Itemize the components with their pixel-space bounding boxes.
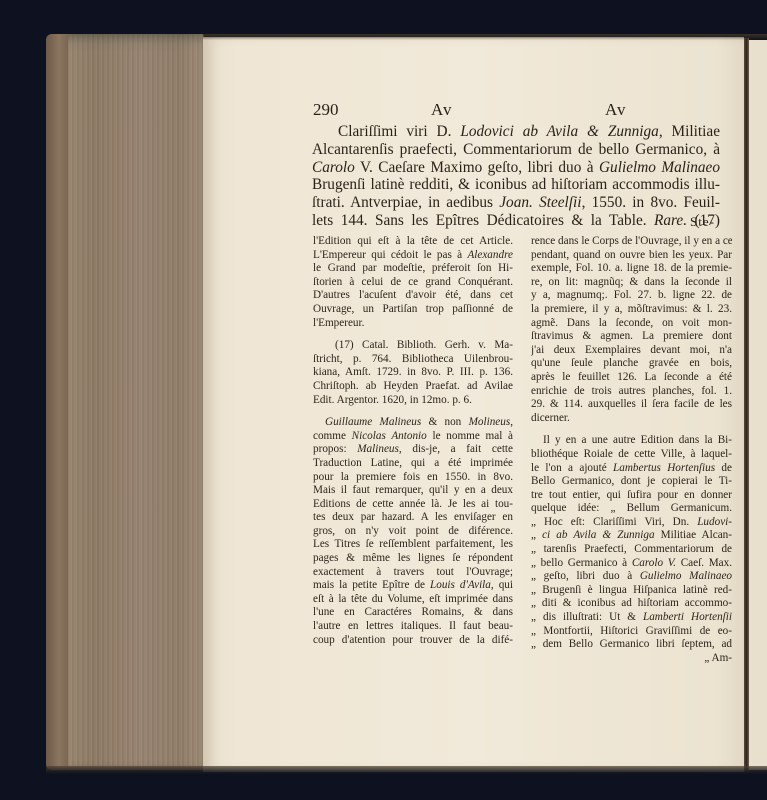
text-line: tes deux par hazard. A les enviſager en	[313, 511, 513, 525]
text-line: 29. & 114. auxquelles il ſera facile de …	[531, 398, 732, 412]
text-line: l'une en Caractéres Romains, & dans	[313, 606, 513, 620]
text-line: quelque idée: „ Bellum Germanicum.	[531, 502, 732, 516]
text-line: „ Montfortii, Hiſtorici Graviſſimi de eo…	[531, 625, 732, 639]
title-line: Brugenſi latinè redditi, & iconibus ad h…	[312, 176, 720, 194]
text-line: le Grand par modeſtie, préferoit ſon Hi-	[313, 262, 513, 276]
text-line: Mais il faut remarquer, qu'il y en a deu…	[313, 484, 513, 498]
text-line: D'autres l'acuſent d'avoir été, dans cet	[313, 289, 513, 303]
right-column: rence dans le Corps de l'Ouvrage, il y e…	[531, 235, 732, 665]
text-line: ſtravimus & agmen. La premiere dont	[531, 330, 732, 344]
text-line: Traduction Latine, qui a été imprimée	[313, 457, 513, 471]
text-line: „ Hoc eſt: Clariſſimi Viri, Dn. Ludovi-	[531, 516, 732, 530]
book-cover-edge	[46, 34, 68, 770]
text-line: l'Edition qui eſt à la tête de cet Artic…	[313, 235, 513, 249]
text-line: pendant, quand on ouvre bien les yeux. P…	[531, 249, 732, 263]
footnote-line: (17) Catal. Biblioth. Gerh. v. Ma-	[313, 339, 513, 353]
bibliographic-title-entry: Clariſſimi viri D. Lodovici ab Avila & Z…	[312, 123, 720, 230]
text-line: „ diti & iconibus ad hiſtoriam accommo-	[531, 597, 732, 611]
text-line: coup d'atention pour trouver de la difé-	[313, 634, 513, 648]
text-line: dicerner.	[531, 412, 732, 426]
text-line: l'autre en lettres italiques. Il faut be…	[313, 620, 513, 634]
book-fore-edge	[46, 34, 204, 770]
text-line: mais la petite Epître de Louis d'Avila, …	[313, 579, 513, 593]
text-line: Les Titres ſe reſſemblent parfaitement, …	[313, 538, 513, 552]
footnote-line: Edit. Argentor. 1620, in 12mo. p. 6.	[313, 394, 513, 408]
text-line: enrichie de trois autres planches, fol. …	[531, 385, 732, 399]
catchword: Ste-	[690, 214, 715, 230]
text-line: gros, on n'y voit point de diférence.	[313, 525, 513, 539]
text-line: ſtorien à celui de ce grand Conquérant.	[313, 276, 513, 290]
text-line: L'Empereur qui cédoit le pas à Alexandre	[313, 249, 513, 263]
text-line: la premiere, il y a, mõſtravimus: & l. 2…	[531, 303, 732, 317]
text-line: „ bello Germanico à Carolo V. Caeſ. Max.	[531, 557, 732, 571]
text-line: pages & même les lignes ſe répondent	[313, 552, 513, 566]
title-line: ſtrati. Antverpiae, in aedibus Joan. Ste…	[312, 194, 720, 212]
text-line: eſt à la tête du Volume, eſt imprimée da…	[313, 593, 513, 607]
footnote-line: Chriſtoph. ab Heyden Praefat. ad Avilae	[313, 380, 513, 394]
text-line: „ Brugenſi è lingua Hiſpanica latinè red…	[531, 584, 732, 598]
text-line: exemple, Fol. 10. a. ligne 18. de la pre…	[531, 262, 732, 276]
book-photo: 290 Av Av Clariſſimi viri D. Lodovici ab…	[0, 0, 767, 800]
text-line: „ tarenſis Praefecti, Commentariorum de	[531, 543, 732, 557]
running-head: 290 Av Av	[313, 100, 723, 122]
text-line: comme Nicolas Antonio le nomme mal à	[313, 430, 513, 444]
text-line: propos: Malineus, dis-je, a fait cette	[313, 443, 513, 457]
text-line: rence dans le Corps de l'Ouvrage, il y e…	[531, 235, 732, 249]
text-line: Bello Germanico, dont je copierai le Ti-	[531, 475, 732, 489]
title-line: lets 144. Sans les Epîtres Dédicatoires …	[312, 212, 720, 230]
text-line: après le feuillet 126. La ſeconde a été	[531, 371, 732, 385]
text-line: j'ai deux Exemplaires devant moi, n'a	[531, 344, 732, 358]
text-line: Guillaume Malineus & non Molineus,	[313, 416, 513, 430]
text-line: Editions de cette année là. Je les ai to…	[313, 498, 513, 512]
text-line: exactement à travers tout l'Ouvrage;	[313, 566, 513, 580]
text-line: re, on lit: magnũq; & dans la ſeconde il	[531, 276, 732, 290]
title-line: Carolo V. Caeſare Maximo geſto, libri du…	[312, 159, 720, 177]
top-shadow	[203, 34, 767, 40]
text-line: bliothéque Roiale de cette Ville, à laqu…	[531, 448, 732, 462]
footnote-line: kiana, Amſt. 1729. in 8vo. P. III. p. 13…	[313, 366, 513, 380]
text-line: „ geſto, libri duo à Gulielmo Malinaeo	[531, 570, 732, 584]
text-line: qu'une ſeule planche gravée en bois,	[531, 357, 732, 371]
text-line: „ ci ab Avila & Zunniga Militiae Alcan-	[531, 529, 732, 543]
text-line: pour la premiere fois en 1550. in 8vo.	[313, 471, 513, 485]
left-column: l'Edition qui eſt à la tête de cet Artic…	[313, 235, 513, 647]
facing-page-edge	[749, 40, 767, 770]
running-head-right: Av	[605, 100, 627, 120]
text-line: tre tout entier, qui ſufira pour en donn…	[531, 489, 732, 503]
text-line: y a, magnumq;. Fol. 27. b. ligne 22. de	[531, 289, 732, 303]
text-line: l'Empereur.	[313, 317, 513, 331]
text-line: agmẽ. Dans la ſeconde, on voit mon-	[531, 317, 732, 331]
page-number: 290	[313, 100, 339, 120]
bottom-shadow	[46, 766, 767, 774]
running-head-left: Av	[431, 100, 453, 120]
text-line: „ dem Bello Germanico libri ſeptem, ad	[531, 638, 732, 652]
text-line: le l'on a ajouté Lambertus Hortenſius de	[531, 462, 732, 476]
catchword-line: „ Am-	[531, 652, 732, 666]
text-line: Il y en a une autre Edition dans la Bi-	[531, 434, 732, 448]
text-line: „ dis illuſtrati: Ut & Lamberti Hortenſi…	[531, 611, 732, 625]
text-line: Ouvrage, un Partiſan trop paſſionné de	[313, 303, 513, 317]
footnote-line: ſtricht, p. 764. Bibliotheca Uilenbrou-	[313, 353, 513, 367]
title-line: Clariſſimi viri D. Lodovici ab Avila & Z…	[312, 123, 720, 141]
title-line: Alcantarenſis praefecti, Commentariorum …	[312, 141, 720, 159]
